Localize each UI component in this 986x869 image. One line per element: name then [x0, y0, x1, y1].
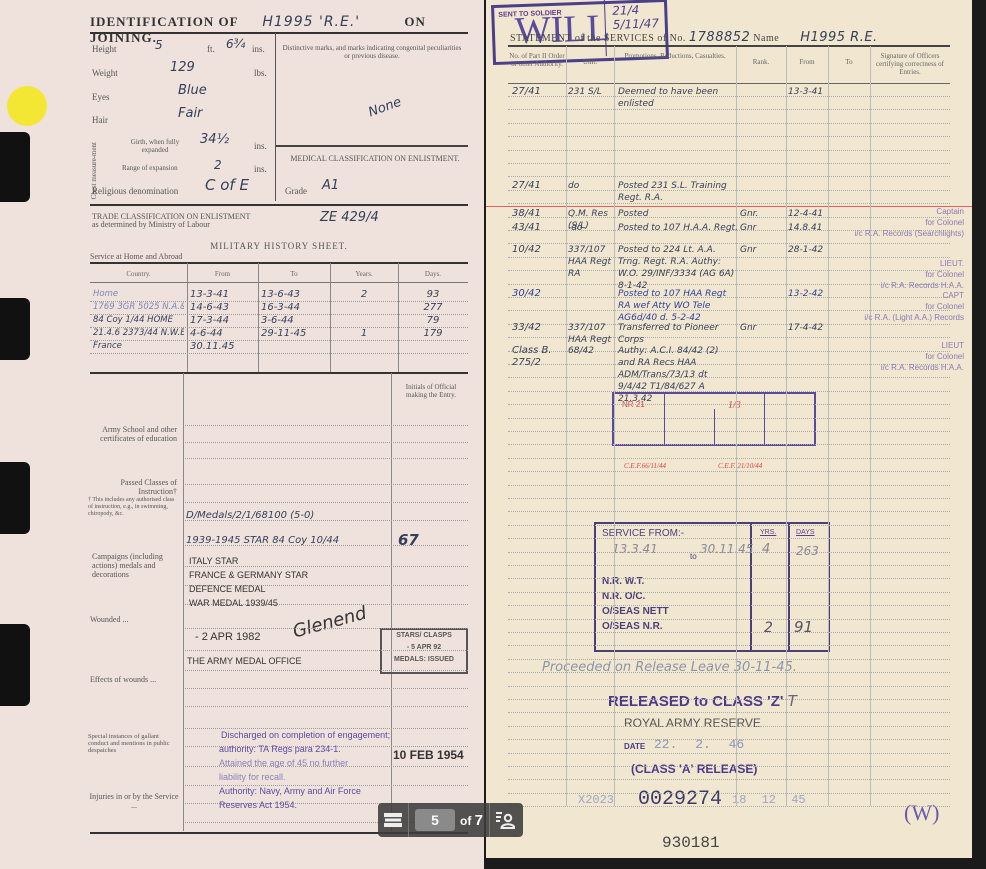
service-home-abroad: Service at Home and Abroad [90, 253, 182, 261]
history-cell-from: 14-6-43 [190, 302, 255, 313]
service-box-rows: N.R. W.T.N.R. O/C.O/SEAS NETTO/SEAS N.R. [602, 574, 669, 634]
medal-initials: 67 [398, 531, 419, 549]
date-stamp: - 2 APR 1982 [195, 631, 260, 643]
entry-rank: Gnr. [740, 208, 784, 220]
discharge-line: authority: TA Regs para 234-1. [219, 744, 341, 754]
trade-label: TRADE CLASSIFICATION ON ENLISTMENT as de… [92, 213, 250, 229]
marks-value: None [366, 95, 403, 121]
history-cell-days: 93 [401, 289, 465, 300]
passed-classes-label: Passed Classes of Instruction† [92, 478, 177, 496]
history-cell-country: 1769 3GR 5025 N.A.& Sic. [93, 302, 184, 312]
hair-label: Hair [92, 115, 108, 125]
history-cell-days: 179 [401, 328, 465, 339]
service-col-header: Signature of Officers certifying correct… [870, 52, 950, 76]
army-school-label: Army School and other certificates of ed… [92, 425, 177, 443]
history-cell-from: 4-6-44 [190, 328, 255, 339]
entry-unit: 337/107 HAA Regt [568, 322, 614, 346]
entry-description: Posted [618, 208, 738, 220]
history-cell-country: 84 Coy 1/44 HOME [93, 315, 184, 325]
page-count: of 7 [460, 812, 483, 829]
page-number-input[interactable]: 5 [415, 809, 455, 831]
yellow-marker [7, 86, 47, 126]
history-cell-from: 30.11.45 [190, 341, 255, 352]
service-col-header: Unit. [566, 58, 614, 66]
entry-unit: -do- [568, 222, 614, 234]
initials-label: Initials of Official making the Entry. [396, 383, 466, 399]
grade-value: A1 [322, 178, 339, 193]
range-value: 2 [214, 158, 222, 172]
release-number-suffix: 18 12 45 [732, 793, 806, 807]
range-label: Range of expansion [122, 164, 178, 172]
right-page: SENT TO SOLDIER WILL 21/4 5/11/47 STATEM… [486, 0, 972, 858]
entry-from: 17-4-42 [788, 322, 858, 334]
eyes-label: Eyes [92, 92, 110, 102]
medical-title: MEDICAL CLASSIFICATION ON ENLISTMENT. [290, 155, 460, 163]
military-history-title: MILITARY HISTORY SHEET. [90, 241, 468, 251]
grade-label: Grade [285, 186, 307, 196]
discharge-line: Authority: Navy, Army and Air Force [219, 786, 361, 796]
officer-signature: Glenend [291, 603, 369, 643]
left-page: IDENTIFICATION OF H1995 'R.E.' ON JOININ… [0, 0, 484, 869]
army-medal-office: THE ARMY MEDAL OFFICE [187, 656, 302, 666]
history-cell-from: 13-3-41 [190, 289, 255, 300]
entry-description: Transferred to Pioneer Corps [618, 322, 738, 346]
religion-label: Religious denomination [92, 186, 178, 196]
history-col-header: Country. [90, 270, 187, 278]
medal-item: WAR MEDAL 1939/45 [189, 598, 278, 608]
entry-authority: 43/41 [512, 222, 564, 234]
height-ft: 5 [155, 38, 163, 52]
weight-label: Weight [92, 68, 118, 78]
history-cell-to: 3-6-44 [261, 315, 327, 326]
entry-unit: 231 S/L [568, 86, 614, 98]
entry-description: Posted to 224 Lt. A.A. Trng. Regt. R.A. … [618, 244, 738, 292]
entry-rank: Gnr [740, 222, 784, 234]
entry-description: Posted to 107 HAA Regt RA wef Atty WO Te… [618, 288, 738, 324]
seal-mark: (W) [904, 800, 939, 826]
release-number: 0029274 [638, 788, 722, 811]
history-cell-country: France [93, 341, 184, 351]
statement-title: STATEMENT of the SERVICES of No. 1788852… [510, 30, 878, 45]
history-col-header: To [258, 270, 330, 278]
person-details-icon [495, 810, 515, 830]
discharge-line: Attained the age of 45 no further [219, 758, 348, 768]
service-col-header: From [786, 58, 828, 66]
entry-from: 28-1-42 [788, 244, 858, 256]
marks-label: Distinctive marks, and marks indicating … [282, 44, 462, 60]
history-cell-years: 1 [333, 328, 395, 339]
history-col-header: Years. [330, 270, 398, 278]
history-cell-country: 21.4.6 2373/44 N.W.E. [93, 328, 184, 338]
entry-authority: 30/42 [512, 288, 564, 300]
trade-value: ZE 429/4 [320, 210, 379, 225]
history-cell-days: 79 [401, 315, 465, 326]
punch-hole [0, 624, 30, 706]
religion-value: C of E [205, 176, 249, 194]
discharge-line: Reserves Act 1954. [219, 800, 297, 810]
class-a-release: (CLASS 'A' RELEASE) [631, 762, 757, 776]
campaigns-label: Campaigns (including actions) medals and… [92, 552, 177, 579]
entry-unit: 68/42 [568, 345, 614, 357]
medal-item: ITALY STAR [189, 556, 238, 566]
history-cell-from: 17-3-44 [190, 315, 255, 326]
punch-hole [0, 298, 30, 360]
discharge-line: liability for recall. [219, 772, 286, 782]
service-col-header: Promotions, Reductions, Casualties. [614, 52, 736, 60]
page-toolbar: 5 of 7 [378, 803, 523, 837]
wounded-label: Wounded ... [90, 616, 128, 624]
history-col-header: Days. [398, 270, 468, 278]
girth-label: Girth, when fully expanded [120, 138, 190, 154]
entry-unit: 337/107 HAA Regt RA [568, 244, 614, 280]
history-cell-country: Home [93, 289, 184, 299]
entry-from: 13-3-41 [788, 86, 858, 98]
stars-clasps-stamp: STARS/ CLASPS - 5 APR 92 MEDALS: ISSUED [380, 628, 468, 674]
thumbnail-strip-icon [383, 812, 403, 828]
entry-description: Posted to 107 H.A.A. Regt. [618, 222, 738, 234]
service-col-header: To [828, 58, 870, 66]
entry-description: Posted 231 S.L. Training Regt. R.A. [618, 180, 738, 204]
service-col-header: No. of Part II Order or other Authority. [508, 52, 566, 68]
entry-authority: Class B. 275/2 [512, 345, 564, 369]
signature-block: LIEUTfor Coloneli/c R.A. Records H.A.A. [808, 340, 964, 373]
history-cell-to: 13-6-43 [261, 289, 327, 300]
weight-value: 129 [170, 60, 195, 75]
passed-classes-note: † This includes any authorised class of … [88, 497, 178, 518]
special-instances-label: Special instances of gallant conduct and… [88, 733, 178, 754]
entry-rank: Gnr [740, 244, 784, 256]
release-number-prefix: X2023 [578, 793, 614, 807]
history-cell-to: 16-3-44 [261, 302, 327, 313]
injuries-label: Injuries in or by the Service ... [88, 792, 180, 810]
punch-hole [0, 462, 30, 534]
eyes-value: Blue [178, 83, 207, 98]
hair-value: Fair [178, 106, 202, 121]
entry-description: Authy: A.C.I. 84/42 (2) and RA Recs HAA … [618, 345, 738, 405]
height-in: 6¾ [226, 37, 245, 51]
history-col-header: From [187, 270, 258, 278]
entry-authority: 38/41 [512, 208, 564, 220]
entry-rank: Gnr [740, 322, 784, 334]
entry-authority: 33/42 [512, 322, 564, 334]
footer-number: 930181 [662, 834, 720, 852]
nr-note-right: C.E.F. 21/10/44 [718, 462, 762, 470]
history-cell-to: 29-11-45 [261, 328, 327, 339]
discharge-date: 10 FEB 1954 [393, 748, 464, 762]
medal-item: DEFENCE MEDAL [189, 584, 266, 594]
service-col-header: Rank. [736, 58, 786, 66]
effects-label: Effects of wounds ... [90, 676, 156, 684]
entry-description: Deemed to have been enlisted [618, 86, 738, 110]
girth-value: 34½ [200, 132, 229, 147]
thumbnail-strip-button[interactable] [378, 803, 408, 837]
royal-army-reserve: ROYAL ARMY RESERVE [624, 716, 761, 730]
entry-authority: 27/41 [512, 180, 564, 192]
history-cell-days: 277 [401, 302, 465, 313]
punch-hole [0, 132, 30, 202]
released-class-z: RELEASED to CLASS 'Z' T [608, 692, 797, 710]
nr-note-left: C.E.F.66/11/44 [624, 462, 666, 470]
height-label: Height [92, 44, 117, 54]
identification-title: IDENTIFICATION OF H1995 'R.E.' ON JOININ… [90, 14, 484, 46]
history-cell-years: 2 [333, 289, 395, 300]
release-date-label: DATE [624, 742, 645, 751]
signature-block: Captainfor Coloneli/c R.A. Records (Sear… [808, 206, 964, 239]
entry-authority: 10/42 [512, 244, 564, 256]
entry-authority: 27/41 [512, 86, 564, 98]
details-button[interactable] [490, 803, 520, 837]
medal-item: FRANCE & GERMANY STAR [189, 570, 308, 580]
signature-block: CAPTfor Coloneli/c R.A. (Light A.A.) Rec… [808, 290, 964, 323]
signature-block: LIEUT.for Coloneli/c R.A. Records H.A.A. [808, 258, 964, 291]
entry-unit: do [568, 180, 614, 192]
document-viewer: IDENTIFICATION OF H1995 'R.E.' ON JOININ… [0, 0, 986, 869]
discharge-line: Discharged on completion of engagement; [221, 730, 390, 740]
